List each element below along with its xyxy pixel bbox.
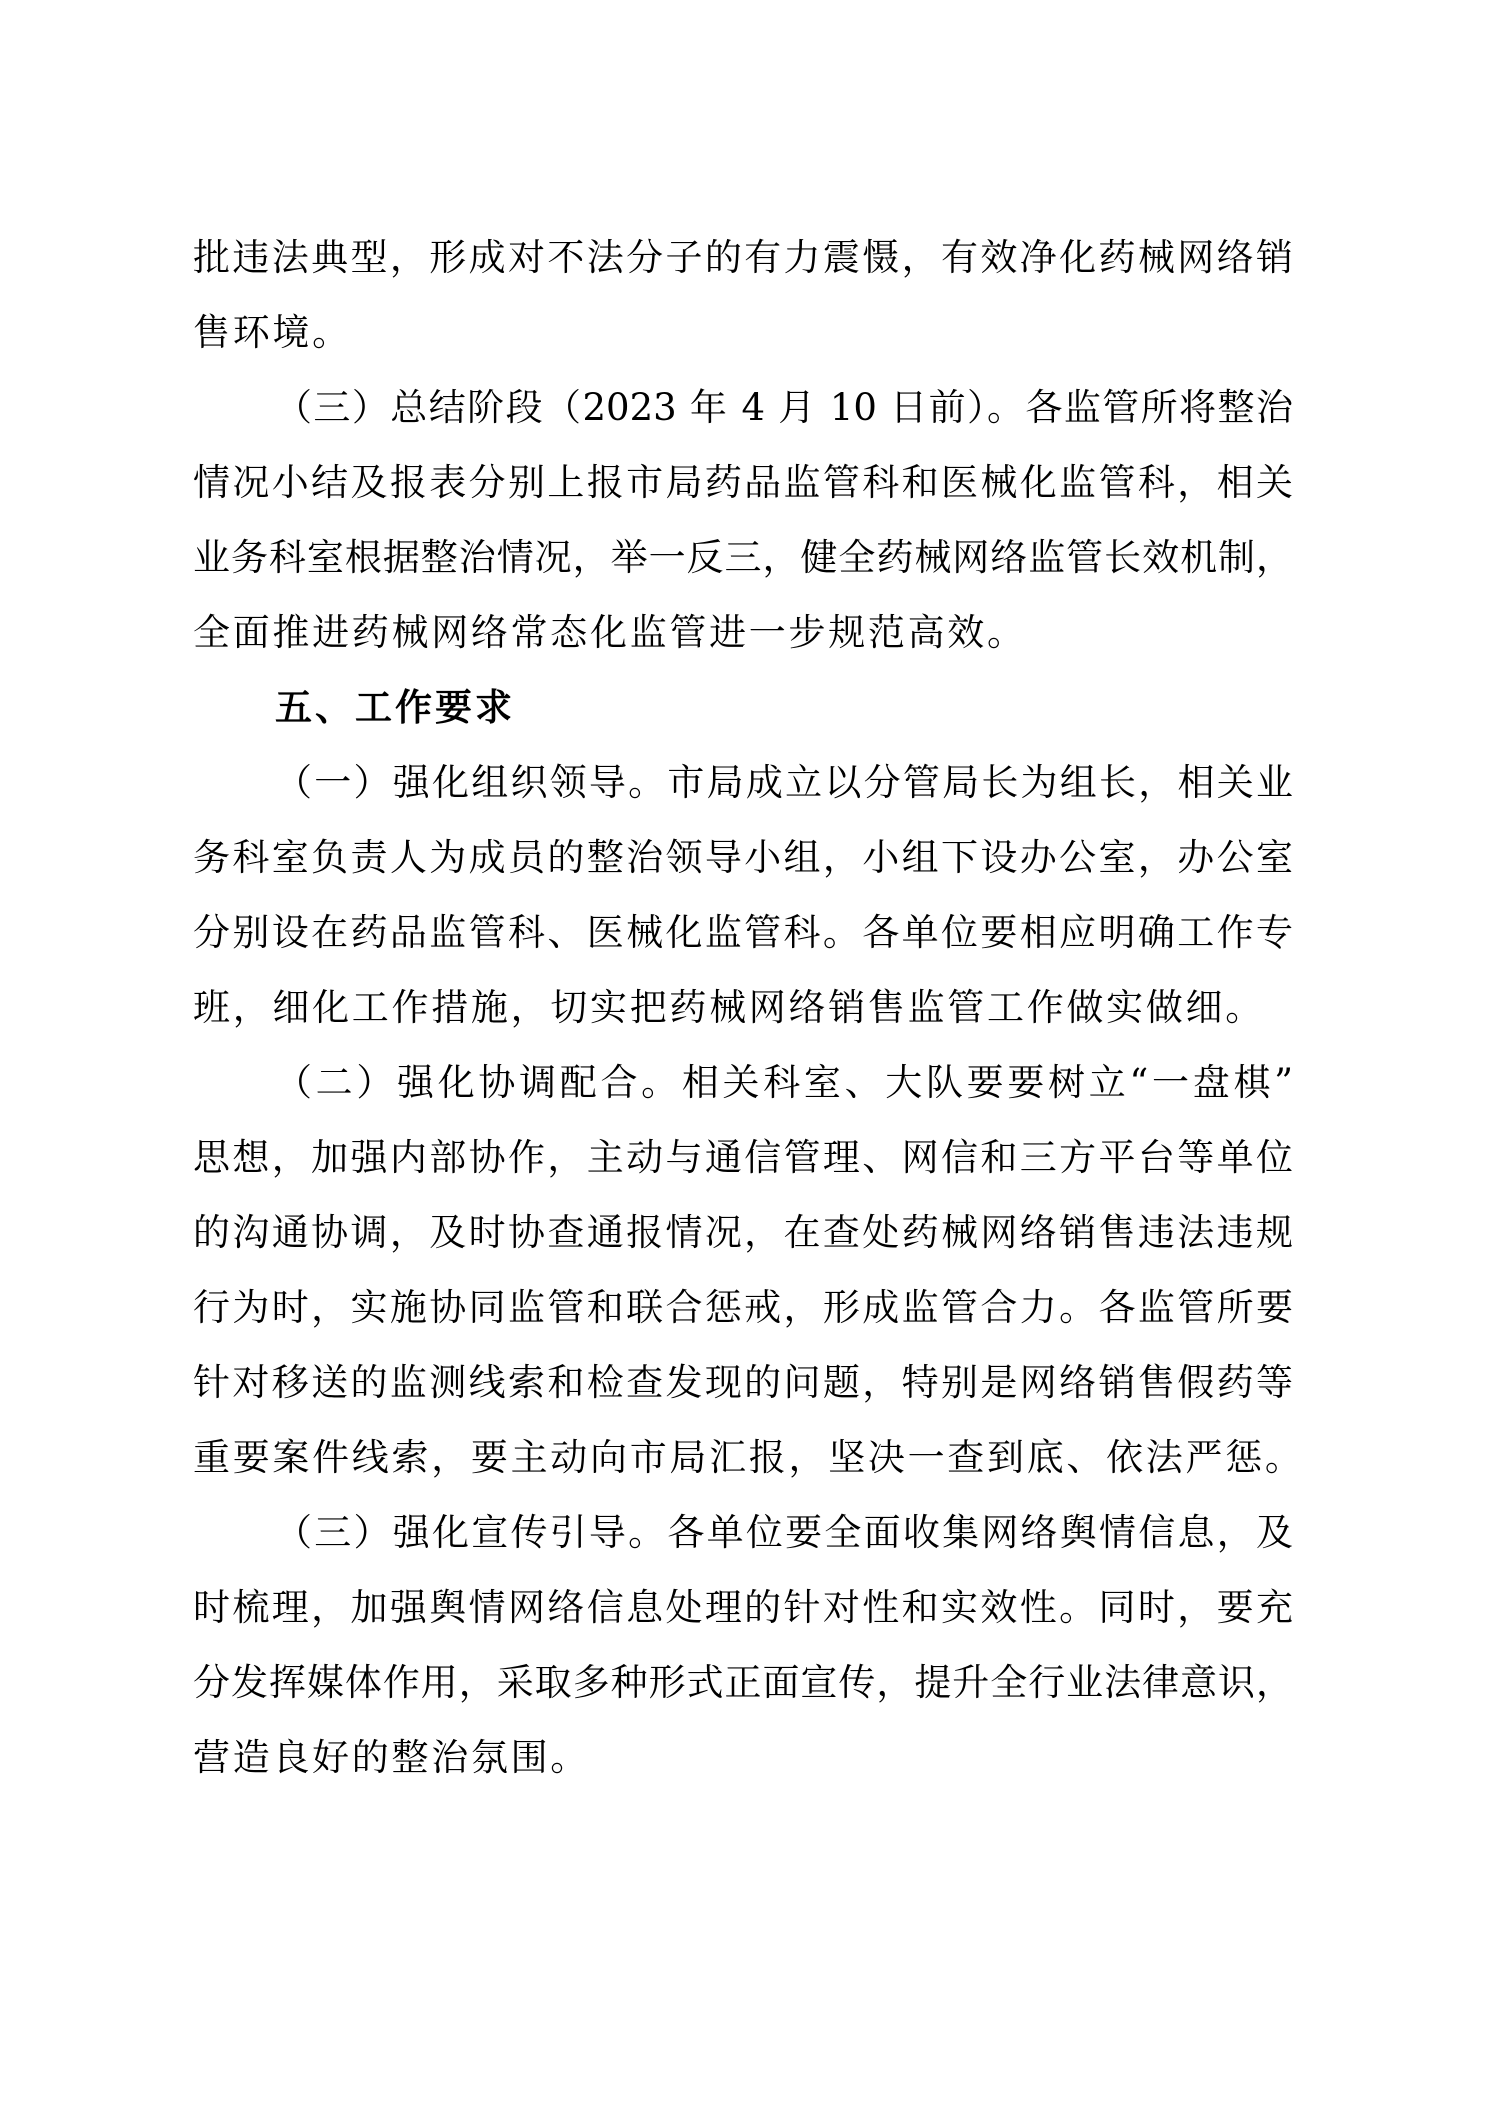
text-line: 批违法典型，形成对不法分子的有力震慑，有效净化药械网络销 [193, 220, 1293, 295]
text-line: 业务科室根据整治情况，举一反三，健全药械网络监管长效机制， [193, 520, 1293, 595]
heading-text: 五、工作要求 [193, 670, 1293, 745]
text-line: 营造良好的整治氛围。 [193, 1720, 1293, 1795]
text-line: 全面推进药械网络常态化监管进一步规范高效。 [193, 595, 1293, 670]
document-page: 批违法典型，形成对不法分子的有力震慑，有效净化药械网络销 售环境。 （三）总结阶… [0, 0, 1486, 2103]
text-line: 务科室负责人为成员的整治领导小组，小组下设办公室，办公室 [193, 820, 1293, 895]
text-line: 思想，加强内部协作，主动与通信管理、网信和三方平台等单位 [193, 1120, 1293, 1195]
paragraph-organization: （一）强化组织领导。市局成立以分管局长为组长，相关业 务科室负责人为成员的整治领… [193, 745, 1293, 1045]
paragraph-summary-stage: （三）总结阶段（2023 年 4 月 10 日前）。各监管所将整治 情况小结及报… [193, 370, 1293, 670]
text-line: （三）总结阶段（2023 年 4 月 10 日前）。各监管所将整治 [193, 370, 1293, 445]
text-line: （二）强化协调配合。相关科室、大队要要树立“一盘棋” [193, 1045, 1293, 1120]
text-line: 班，细化工作措施，切实把药械网络销售监管工作做实做细。 [193, 970, 1293, 1045]
text-line: 情况小结及报表分别上报市局药品监管科和医械化监管科，相关 [193, 445, 1293, 520]
text-line: 分发挥媒体作用，采取多种形式正面宣传，提升全行业法律意识， [193, 1645, 1293, 1720]
paragraph-continuation: 批违法典型，形成对不法分子的有力震慑，有效净化药械网络销 售环境。 [193, 220, 1293, 370]
document-body: 批违法典型，形成对不法分子的有力震慑，有效净化药械网络销 售环境。 （三）总结阶… [193, 220, 1293, 1795]
text-line: 时梳理，加强舆情网络信息处理的针对性和实效性。同时，要充 [193, 1570, 1293, 1645]
paragraph-publicity: （三）强化宣传引导。各单位要全面收集网络舆情信息，及 时梳理，加强舆情网络信息处… [193, 1495, 1293, 1795]
text-line: 行为时，实施协同监管和联合惩戒，形成监管合力。各监管所要 [193, 1270, 1293, 1345]
text-line: 售环境。 [193, 295, 1293, 370]
section-heading: 五、工作要求 [193, 670, 1293, 745]
text-line: 重要案件线索，要主动向市局汇报，坚决一查到底、依法严惩。 [193, 1420, 1293, 1495]
text-line: 分别设在药品监管科、医械化监管科。各单位要相应明确工作专 [193, 895, 1293, 970]
text-line: 针对移送的监测线索和检查发现的问题，特别是网络销售假药等 [193, 1345, 1293, 1420]
text-line: （一）强化组织领导。市局成立以分管局长为组长，相关业 [193, 745, 1293, 820]
paragraph-coordination: （二）强化协调配合。相关科室、大队要要树立“一盘棋” 思想，加强内部协作，主动与… [193, 1045, 1293, 1495]
text-line: 的沟通协调，及时协查通报情况，在查处药械网络销售违法违规 [193, 1195, 1293, 1270]
text-line: （三）强化宣传引导。各单位要全面收集网络舆情信息，及 [193, 1495, 1293, 1570]
